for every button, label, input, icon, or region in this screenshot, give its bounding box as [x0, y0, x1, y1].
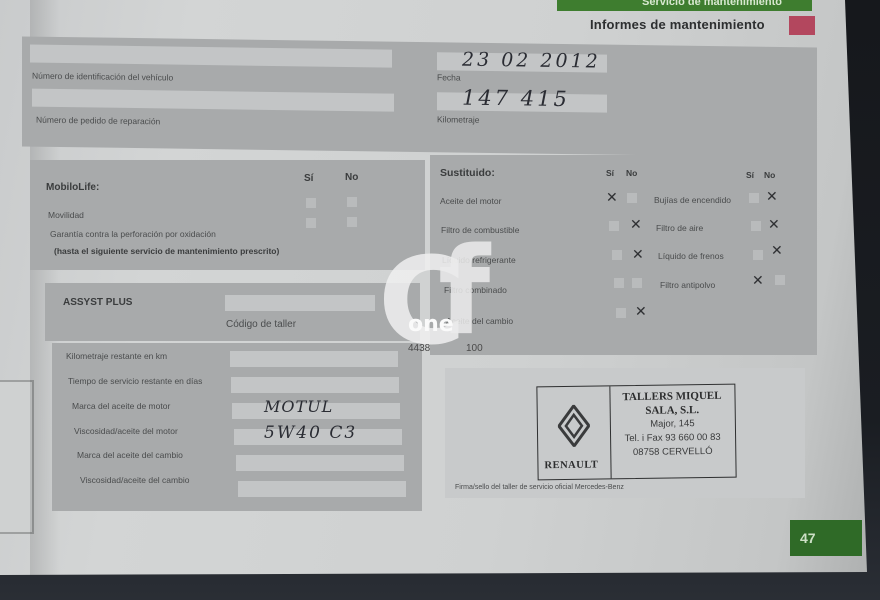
dust-filter-no-checkbox[interactable]	[775, 275, 785, 285]
company-name-line1: TALLERS MIQUEL	[609, 389, 734, 405]
mobilolife-note: (hasta el siguiente servicio de mantenim…	[54, 246, 279, 256]
gearbox-oil-no-checkbox[interactable]: ✕	[635, 305, 647, 319]
replaced-col-yes-right: Sí	[746, 170, 754, 180]
brake-fluid-label: Líquido de frenos	[658, 251, 724, 261]
mileage-label: Kilometraje	[437, 114, 480, 125]
watermark-number-right: 100	[466, 343, 483, 354]
order-number-field[interactable]	[32, 89, 394, 112]
replaced-col-no-left: No	[626, 168, 637, 178]
corrosion-no-checkbox[interactable]	[347, 217, 357, 227]
remaining-days-label: Tiempo de servicio restante en días	[68, 376, 202, 386]
coolant-yes-checkbox[interactable]	[612, 250, 622, 260]
vin-field[interactable]	[30, 45, 392, 68]
mobility-no-checkbox[interactable]	[347, 197, 357, 207]
spark-plugs-no-checkbox[interactable]: ✕	[766, 190, 778, 204]
date-label: Fecha	[437, 72, 461, 82]
gearbox-oil-brand-label: Marca del aceite del cambio	[77, 450, 183, 460]
company-city: 08758 CERVELLÓ	[610, 445, 735, 461]
assyst-plus-title: ASSYST PLUS	[63, 297, 132, 308]
gearbox-oil-viscosity-field[interactable]	[238, 481, 406, 497]
service-details-panel: Kilometraje restante en km Tiempo de ser…	[52, 343, 422, 511]
vin-label: Número de identificación del vehículo	[32, 71, 173, 83]
stamp-company-info: TALLERS MIQUEL SALA, S.L. Major, 145 Tel…	[609, 389, 735, 461]
fuel-filter-no-checkbox[interactable]: ✕	[630, 218, 642, 232]
spark-plugs-yes-checkbox[interactable]	[749, 193, 759, 203]
section-strip: Servicio de mantenimiento	[557, 0, 812, 11]
mileage-value: 147 415	[462, 86, 570, 112]
workshop-code-label: Código de taller	[226, 319, 296, 330]
remaining-km-field[interactable]	[230, 351, 398, 367]
photo-scene: Servicio de mantenimiento Informes de ma…	[0, 0, 880, 600]
watermark-word: one	[408, 312, 454, 337]
engine-oil-no-checkbox[interactable]	[627, 193, 637, 203]
previous-page-edge	[0, 380, 34, 534]
workshop-code-field[interactable]	[225, 295, 375, 311]
stamp-caption: Firma/sello del taller de servicio ofici…	[455, 484, 624, 491]
engine-oil-brand-value: MOTUL	[264, 397, 333, 416]
remaining-days-field[interactable]	[231, 377, 399, 393]
vehicle-info-panel: Número de identificación del vehículo Nú…	[22, 36, 817, 157]
air-filter-label: Filtro de aire	[656, 223, 703, 233]
mobilolife-col-no: No	[345, 172, 358, 183]
renault-diamond-icon	[558, 405, 591, 447]
mobilolife-title: MobiloLife:	[46, 182, 99, 193]
watermark-number-left: 4438	[408, 343, 430, 354]
corrosion-warranty-label: Garantía contra la perforación por oxida…	[50, 229, 216, 239]
dust-filter-yes-checkbox[interactable]: ✕	[752, 274, 764, 288]
brake-fluid-yes-checkbox[interactable]	[753, 250, 763, 260]
air-filter-yes-checkbox[interactable]	[751, 221, 761, 231]
replaced-col-no-right: No	[764, 170, 775, 180]
replaced-col-yes-left: Sí	[606, 168, 614, 178]
engine-oil-viscosity-label: Viscosidad/aceite del motor	[74, 426, 178, 436]
engine-oil-label: Aceite del motor	[440, 196, 501, 206]
mobilolife-col-yes: Sí	[304, 173, 313, 184]
assyst-plus-panel: ASSYST PLUS Código de taller	[45, 283, 420, 341]
brake-fluid-no-checkbox[interactable]: ✕	[771, 244, 783, 258]
mobility-label: Movilidad	[48, 210, 84, 220]
combined-filter-no-checkbox[interactable]	[632, 278, 642, 288]
coolant-no-checkbox[interactable]: ✕	[632, 248, 644, 262]
corrosion-yes-checkbox[interactable]	[306, 218, 316, 228]
gearbox-oil-viscosity-label: Viscosidad/aceite del cambio	[80, 475, 189, 485]
replaced-title: Sustituido:	[440, 167, 495, 179]
page-title: Informes de mantenimiento	[590, 17, 765, 32]
watermark-logo: C f one 4438 100	[378, 238, 498, 363]
engine-oil-brand-label: Marca del aceite de motor	[72, 401, 170, 411]
spark-plugs-label: Bujías de encendido	[654, 195, 731, 205]
gearbox-oil-brand-field[interactable]	[236, 455, 404, 471]
fuel-filter-yes-checkbox[interactable]	[609, 221, 619, 231]
page-number: 47	[790, 520, 862, 556]
renault-brand-text: RENAULT	[544, 460, 598, 472]
air-filter-no-checkbox[interactable]: ✕	[768, 218, 780, 232]
mobilolife-panel: MobiloLife: Sí No Movilidad Garantía con…	[30, 160, 425, 270]
company-phone: Tel. i Fax 93 660 00 83	[610, 431, 735, 447]
dust-filter-label: Filtro antipolvo	[660, 280, 715, 290]
workshop-stamp: RENAULT TALLERS MIQUEL SALA, S.L. Major,…	[536, 384, 736, 481]
combined-filter-yes-checkbox[interactable]	[614, 278, 624, 288]
engine-oil-viscosity-value: 5W40 C3	[264, 423, 357, 443]
remaining-km-label: Kilometraje restante en km	[66, 351, 167, 361]
engine-oil-yes-checkbox[interactable]: ✕	[606, 191, 618, 205]
mobility-yes-checkbox[interactable]	[306, 198, 316, 208]
renault-logo-box: RENAULT	[537, 386, 611, 479]
section-tab-marker	[789, 16, 815, 35]
date-value: 23 02 2012	[462, 49, 601, 73]
order-number-label: Número de pedido de reparación	[36, 115, 160, 127]
gearbox-oil-yes-checkbox[interactable]	[616, 308, 626, 318]
